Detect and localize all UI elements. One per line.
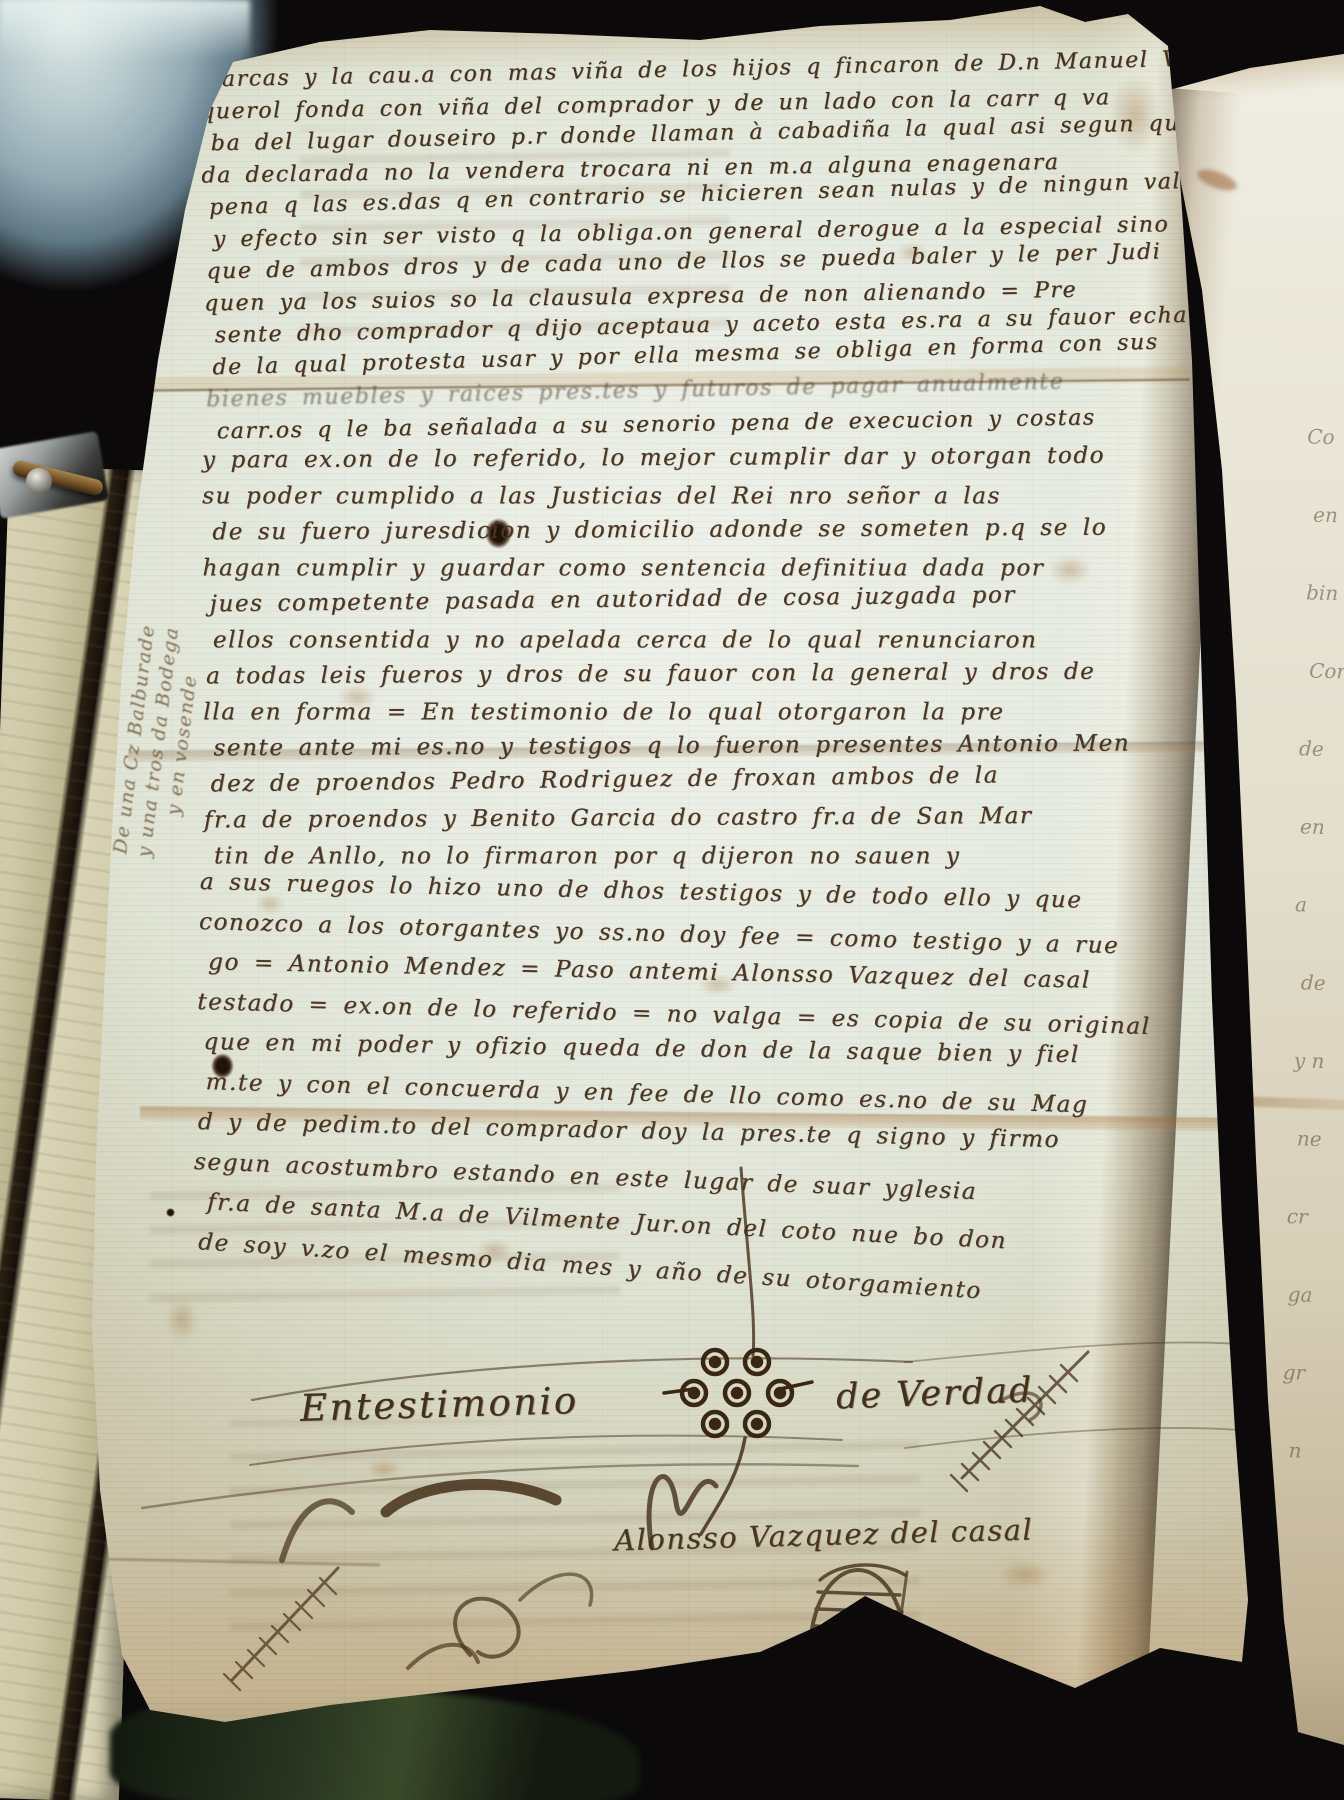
text-fragment: bin xyxy=(1302,553,1344,633)
text-fragment: ne xyxy=(1288,1099,1344,1179)
text-fragment: Con xyxy=(1300,631,1344,711)
text-fragment: cr xyxy=(1286,1177,1344,1257)
text-fragment: en xyxy=(1304,475,1344,555)
text-fragment: gr xyxy=(1282,1333,1344,1413)
glossy-object-highlight xyxy=(0,0,250,60)
right-page-text-fragments: Co en bin Con de en a de y n ne cr ga gr… xyxy=(1280,397,1344,1490)
text-fragment: en xyxy=(1296,787,1344,867)
paper-texture xyxy=(0,0,1344,1800)
manuscript-page: De una Cz Balburade y una tros da Bodega… xyxy=(0,0,1344,1800)
text-fragment: ga xyxy=(1284,1255,1344,1335)
text-fragment: de xyxy=(1298,709,1344,789)
photo-scene: Co en bin Con de en a de y n ne cr ga gr… xyxy=(0,0,1344,1800)
text-fragment: y n xyxy=(1290,1021,1344,1101)
text-fragment: a xyxy=(1294,865,1344,945)
text-fragment: n xyxy=(1280,1411,1342,1491)
text-fragment: Co xyxy=(1306,397,1344,477)
text-fragment: de xyxy=(1292,943,1344,1023)
